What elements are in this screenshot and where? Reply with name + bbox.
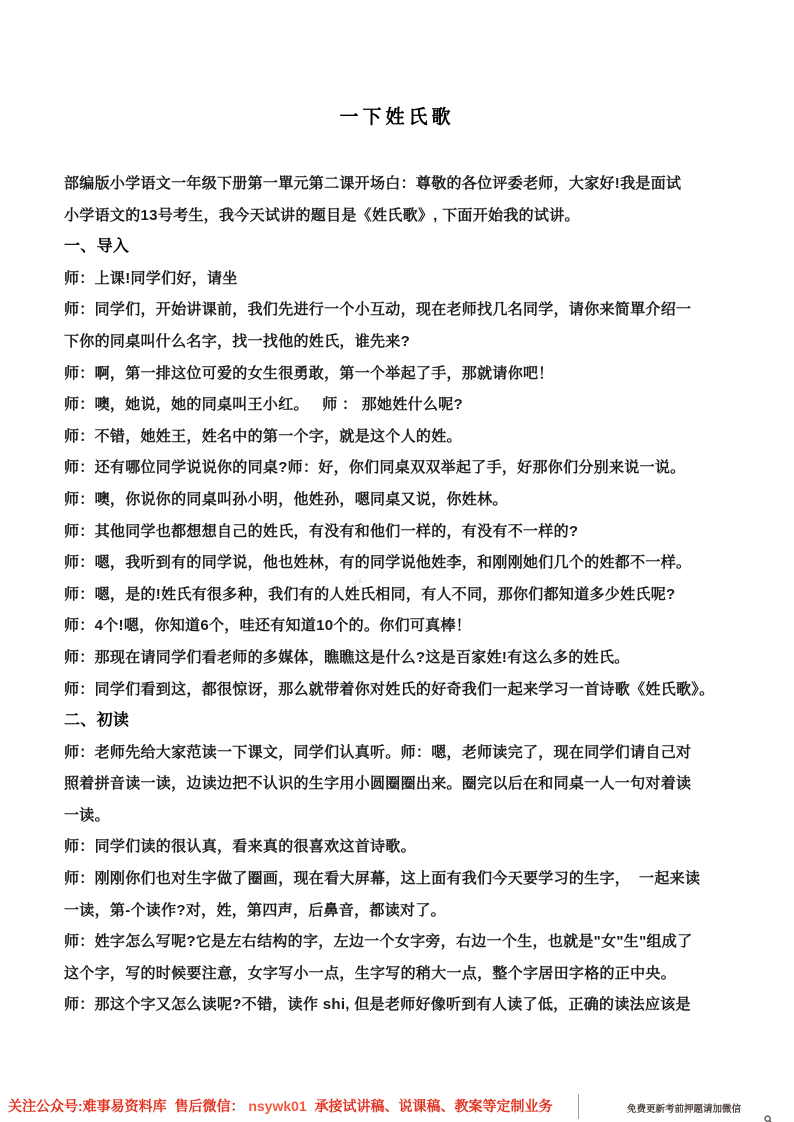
section-heading: 一、导入 xyxy=(64,231,730,263)
script-line: 师：同学们看到这，都很惊讶，那么就带着你对姓氏的好奇我们一起来学习一首诗歌《姓氏… xyxy=(64,674,730,706)
script-line: 师：噢，她说，她的同桌叫王小红。 师 ： 那她姓什么呢? xyxy=(64,389,730,421)
footer-public-account-text: 关注公众号:难事易资料库 售后微信： xyxy=(8,1098,248,1114)
script-line: 一读。 xyxy=(64,800,730,832)
script-line: 小学语文的13号考生，我今天试讲的题目是《姓氏歌》, 下面开始我的试讲。 xyxy=(64,200,730,232)
script-line: 师：那现在请同学们看老师的多媒体，瞧瞧这是什么?这是百家姓!有这么多的姓氏。 xyxy=(64,642,730,674)
script-line: 师：啊，第一排这位可爱的女生很勇敢，第一个举起了手，那就请你吧！ xyxy=(64,358,730,390)
script-line: 师：同学们，开始讲课前，我们先进行一个小互动，现在老师找几名同学，请你来简單介绍… xyxy=(64,294,730,326)
document-body: 部编版小学语文一年级下册第一單元第二课开场白：尊敬的各位评委老师，大家好!我是面… xyxy=(64,168,730,1021)
script-line: 照着拼音读一读，边读边把不认识的生字用小圆圈圈出来。圈完以后在和同桌一人一句对着… xyxy=(64,768,730,800)
section-heading: 二、初读 xyxy=(64,705,730,737)
document-title: 一下姓氏歌 xyxy=(0,102,794,129)
footer-banner: 关注公众号:难事易资料库 售后微信： nsywk01 承接试讲稿、说课稿、教案等… xyxy=(0,1094,794,1120)
script-line: 师：上课!同学们好，请坐 xyxy=(64,263,730,295)
footer-services-text: 承接试讲稿、说课稿、教案等定制业务 xyxy=(307,1098,553,1114)
script-line: 师：其他同学也都想想自己的姓氏，有没有和他们一样的，有没有不一样的? xyxy=(64,516,730,548)
script-line: 师：4个!嗯，你知道6个，哇还有知道10个的。你们可真棒！ xyxy=(64,610,730,642)
magnifier-icon xyxy=(743,1104,752,1113)
footer-note: 免费更新考前押题请加微信 xyxy=(627,1101,752,1115)
script-line: 师：同学们读的很认真，看来真的很喜欢这首诗歌。 xyxy=(64,831,730,863)
script-line: 部编版小学语文一年级下册第一單元第二课开场白：尊敬的各位评委老师，大家好!我是面… xyxy=(64,168,730,200)
footer-note-text: 免费更新考前押题请加微信 xyxy=(627,1101,741,1115)
script-line: 师：刚刚你们也对生字做了圈画，现在看大屏幕，这上面有我们今天要学习的生字， 一起… xyxy=(64,863,730,895)
script-line: 下你的同桌叫什么名字，找一找他的姓氏，谁先来? xyxy=(64,326,730,358)
script-line: 一读，第-个读作?对，姓，第四声，后鼻音，都读对了。 xyxy=(64,895,730,927)
script-line: 师：嗯，是的!姓氏有很多种，我们有的人姓氏相同，有人不同，那你们都知道多少姓氏呢… xyxy=(64,579,730,611)
script-line: 师：那这个字又怎么读呢?不错，读作 shi, 但是老师好像听到有人读了低，正确的… xyxy=(64,989,730,1021)
script-line: 师：姓字怎么写呢?它是左右结构的字，左边一个女字旁，右边一个生，也就是"女"生"… xyxy=(64,926,730,958)
script-line: 师：不错，她姓王，姓名中的第一个字，就是这个人的姓。 xyxy=(64,421,730,453)
script-line: 这个字，写的时候要注意，女字写小一点，生字写的稍大一点，整个字居田字格的正中央。 xyxy=(64,958,730,990)
script-line: 师：还有哪位同学说说你的同桌?师：好，你们同桌双双举起了手，好那你们分别来说一说… xyxy=(64,452,730,484)
script-line: 师：嗯，我听到有的同学说，他也姓林，有的同学说他姓李，和刚刚她们几个的姓都不一样… xyxy=(64,547,730,579)
footer-divider xyxy=(578,1094,579,1119)
footer-promo-text: 关注公众号:难事易资料库 售后微信： nsywk01 承接试讲稿、说课稿、教案等… xyxy=(8,1096,553,1116)
script-line: 师：噢，你说你的同桌叫孙小明，他姓孙，嗯同桌又说，你姓林。 xyxy=(64,484,730,516)
footer-wechat-id: nsywk01 xyxy=(248,1098,306,1114)
document-page: 一下姓氏歌 部编版小学语文一年级下册第一單元第二课开场白：尊敬的各位评委老师，大… xyxy=(0,0,794,1122)
script-line: 师：老师先给大家范读一下课文，同学们认真听。师：嗯，老师读完了，现在同学们请自己… xyxy=(64,737,730,769)
